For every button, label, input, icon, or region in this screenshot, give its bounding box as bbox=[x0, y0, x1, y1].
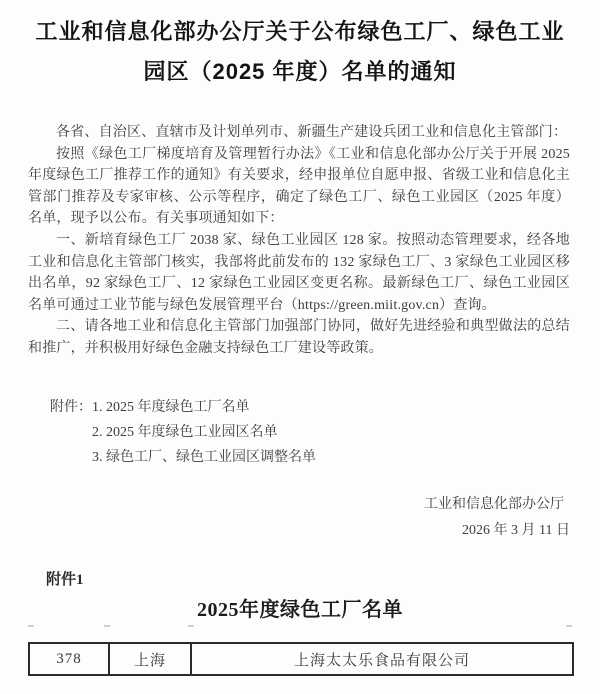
appendix-label: 附件1 bbox=[46, 568, 600, 589]
body-paragraph-item2: 二、请各地工业和信息化主管部门加强部门协同，做好先进经验和典型做法的总结和推广，… bbox=[28, 316, 570, 359]
attachment-item-1-text: 1. 2025 年度绿色工厂名单 bbox=[92, 400, 250, 415]
body-paragraph-intro: 按照《绿色工厂梯度培育及管理暂行办法》《工业和信息化部办公厅关于开展 2025 … bbox=[28, 144, 570, 230]
signature-block: 工业和信息化部办公厅 2026 年 3 月 11 日 bbox=[0, 492, 564, 544]
notice-title-line2: 园区（2025 年度）名单的通知 bbox=[0, 52, 600, 92]
table-cell-region: 上海 bbox=[110, 644, 192, 674]
attachment-item-1: 附件：1. 2025 年度绿色工厂名单 bbox=[50, 395, 570, 420]
body-paragraph-item1: 一、新培育绿色工厂 2038 家、绿色工业园区 128 家。按照动态管理要求，经… bbox=[28, 230, 570, 316]
attachment-item-2: 2. 2025 年度绿色工业园区名单 bbox=[92, 420, 570, 445]
attachments-label: 附件： bbox=[50, 400, 92, 415]
table-remnant-tick bbox=[566, 625, 572, 627]
signature-office: 工业和信息化部办公厅 bbox=[0, 492, 564, 518]
document-page: 工业和信息化部办公厅关于公布绿色工厂、绿色工业 园区（2025 年度）名单的通知… bbox=[0, 0, 600, 694]
table-cell-company: 上海太太乐食品有限公司 bbox=[192, 644, 572, 674]
table-remnant-tick bbox=[28, 625, 34, 627]
notice-title: 工业和信息化部办公厅关于公布绿色工厂、绿色工业 园区（2025 年度）名单的通知 bbox=[0, 0, 600, 92]
appendix-table-title: 2025年度绿色工厂名单 bbox=[0, 599, 600, 621]
attachments-list: 附件：1. 2025 年度绿色工厂名单 2. 2025 年度绿色工业园区名单 3… bbox=[50, 395, 570, 470]
table-remnant-tick bbox=[188, 625, 194, 627]
notice-body: 各省、自治区、直辖市及计划单列市、新疆生产建设兵团工业和信息化主管部门： 按照《… bbox=[28, 122, 570, 360]
notice-title-line1: 工业和信息化部办公厅关于公布绿色工厂、绿色工业 bbox=[0, 12, 600, 52]
table-remnant-tick bbox=[104, 625, 110, 627]
green-factory-table: 378 上海 上海太太乐食品有限公司 bbox=[28, 642, 574, 676]
attachment-item-3: 3. 绿色工厂、绿色工业园区调整名单 bbox=[92, 445, 570, 470]
salutation-paragraph: 各省、自治区、直辖市及计划单列市、新疆生产建设兵团工业和信息化主管部门： bbox=[28, 122, 570, 144]
signature-date: 2026 年 3 月 11 日 bbox=[0, 518, 570, 544]
table-cell-serial: 378 bbox=[30, 644, 110, 674]
